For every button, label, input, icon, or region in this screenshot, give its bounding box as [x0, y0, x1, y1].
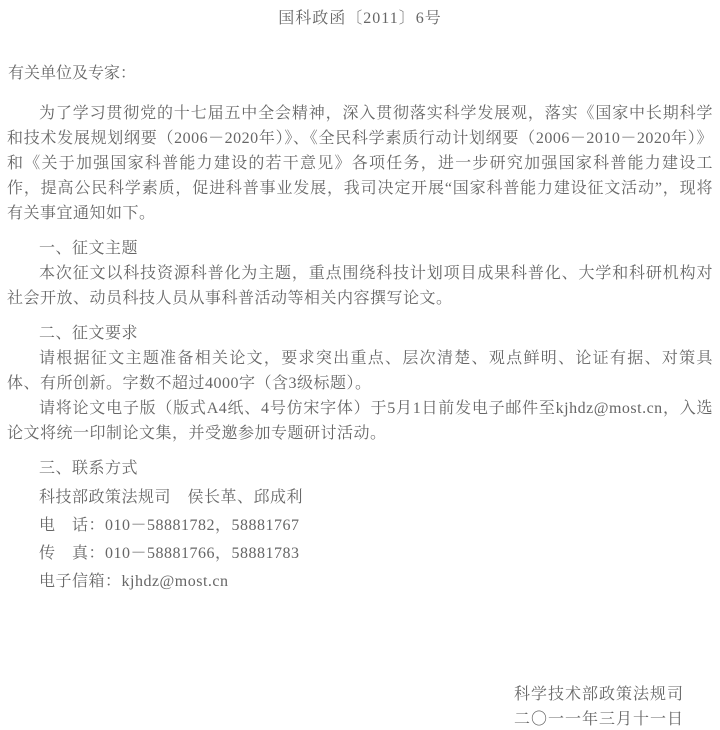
section-2-paragraph-2: 请将论文电子版（版式A4纸、4号仿宋字体）于5月1日前发电子邮件至kjhdz@m… [7, 396, 713, 446]
contact-line-fax: 传 真：010－58881766，58881783 [7, 540, 713, 568]
section-2-heading: 二、征文要求 [7, 321, 713, 346]
signature-org: 科学技术部政策法规司 [0, 682, 684, 707]
contact-line-phone: 电 话：010－58881782，58881767 [7, 512, 713, 540]
contact-line-department: 科技部政策法规司 侯长革、邱成利 [7, 484, 713, 512]
section-1-paragraph: 本次征文以科技资源科普化为主题，重点围绕科技计划项目成果科普化、大学和科研机构对… [7, 261, 713, 311]
section-1-heading: 一、征文主题 [7, 236, 713, 261]
contact-line-email: 电子信箱：kjhdz@most.cn [7, 568, 713, 596]
contact-block: 科技部政策法规司 侯长革、邱成利 电 话：010－58881782，588817… [7, 484, 713, 596]
signature-date: 二〇一一年三月十一日 [0, 707, 684, 730]
section-2-paragraph-1: 请根据征文主题准备相关论文，要求突出重点、层次清楚、观点鲜明、论证有据、对策具体… [7, 346, 713, 396]
intro-paragraph: 为了学习贯彻党的十七届五中全会精神，深入贯彻落实科学发展观，落实《国家中长期科学… [7, 101, 713, 226]
doc-number: 国科政函〔2011〕6号 [0, 0, 720, 29]
section-3-heading: 三、联系方式 [7, 456, 713, 481]
document-page: 国科政函〔2011〕6号 有关单位及专家： 为了学习贯彻党的十七届五中全会精神，… [0, 0, 720, 730]
signature-block: 科学技术部政策法规司 二〇一一年三月十一日 [0, 682, 720, 730]
salutation: 有关单位及专家： [8, 63, 712, 85]
